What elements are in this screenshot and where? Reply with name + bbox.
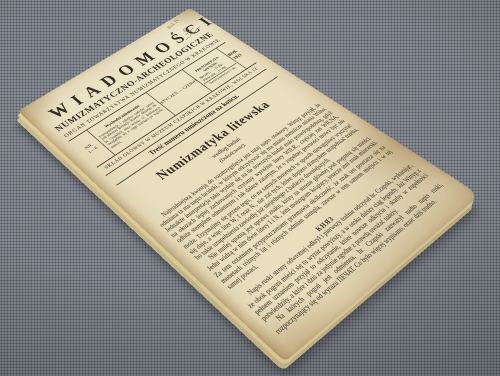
photo-backdrop: Rok IV 42 WIADOMOŚCI NUMIZMATYCZNO-ARCHE… xyxy=(0,0,500,376)
